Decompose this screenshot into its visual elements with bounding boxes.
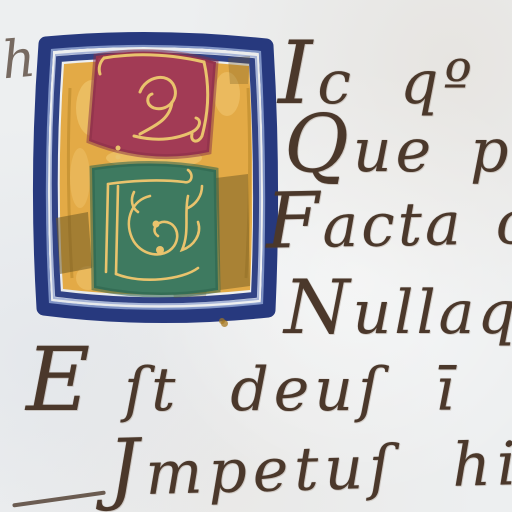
filigree-dot [116,146,121,151]
pen-stroke [12,490,106,507]
crimson-panel [89,52,216,160]
text-line-2: Que plac [284,104,512,183]
gold-highlight [70,148,90,208]
illuminated-initial [22,28,280,324]
bronze-patch [56,212,92,274]
guide-letter: h [0,33,38,88]
green-panel [92,163,218,295]
text-line-3: Facta ca [265,179,512,261]
text-line-4: Nullaq [284,270,512,345]
filigree-dot [156,246,164,254]
filigree-dot [116,155,121,160]
filigree-dot [153,221,160,228]
bronze-patch [216,174,250,290]
gold-dot [221,320,228,327]
text-line-5-initial: E [26,336,90,424]
text-line-6: Jmpetuſ hic [107,418,512,508]
text-line-5: ſt deuſ ī nob [124,360,512,420]
manuscript-page: h Ic qº mi Que plac Facta ca Nullaq E ſt… [0,0,512,512]
bronze-patch [228,56,250,84]
